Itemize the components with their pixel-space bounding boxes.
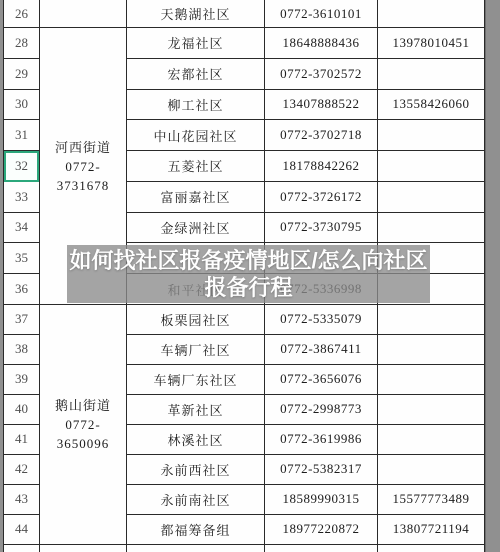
phone-primary-cell[interactable]: 0772-3702718 [265, 120, 377, 151]
phone-primary-cell[interactable]: 13407888522 [265, 90, 377, 121]
row-number-cell[interactable]: 33 [4, 182, 39, 213]
street-name: 鹅山街道 [55, 396, 111, 415]
row-number-cell[interactable]: 41 [4, 425, 39, 455]
phone-secondary-cell[interactable] [378, 305, 484, 335]
phone-primary-cell[interactable]: 0772-3702572 [265, 59, 377, 90]
phone-secondary-cell[interactable]: 13978010451 [378, 28, 484, 59]
phone-primary-cell[interactable]: 0772-5335079 [265, 305, 377, 335]
community-cell[interactable]: 革新社区 [127, 395, 264, 425]
phone-primary-cell[interactable]: 0772-3619986 [265, 425, 377, 455]
phone-secondary-cell[interactable] [378, 425, 484, 455]
row-number-cell[interactable]: 38 [4, 335, 39, 365]
partial-row-cell [265, 545, 377, 552]
community-cell[interactable]: 柳工社区 [127, 90, 264, 121]
phone-primary-cell[interactable]: 0772-3610101 [265, 0, 377, 28]
row-number-cell[interactable]: 34 [4, 213, 39, 244]
community-cell[interactable]: 林溪社区 [127, 425, 264, 455]
phone-secondary-cell[interactable] [378, 59, 484, 90]
community-cell[interactable]: 龙福社区 [127, 28, 264, 59]
phone-primary-cell[interactable]: 0772-3726172 [265, 182, 377, 213]
row-number-cell[interactable]: 30 [4, 90, 39, 121]
phone-primary-cell[interactable]: 18589990315 [265, 485, 377, 515]
street-phone: 0772-3650096 [40, 415, 126, 453]
community-cell[interactable]: 金绿洲社区 [127, 213, 264, 244]
phone-secondary-cell[interactable] [378, 213, 484, 244]
row-number-cell[interactable]: 35 [4, 243, 39, 274]
row-number-cell[interactable]: 37 [4, 305, 39, 335]
community-cell[interactable]: 永前南社区 [127, 485, 264, 515]
phone-secondary-cell[interactable]: 15577773489 [378, 485, 484, 515]
phone-secondary-cell[interactable] [378, 182, 484, 213]
row-number-cell[interactable]: 31 [4, 120, 39, 151]
row-number-cell[interactable]: 42 [4, 455, 39, 485]
phone-secondary-cell[interactable] [378, 395, 484, 425]
street-phone: 0772-3731678 [40, 157, 126, 195]
phone-secondary-cell[interactable] [378, 120, 484, 151]
row-number-cell[interactable]: 40 [4, 395, 39, 425]
community-cell[interactable]: 宏都社区 [127, 59, 264, 90]
row-number-cell[interactable]: 44 [4, 515, 39, 545]
watermark-title: 如何找社区报备疫情地区/怎么向社区报备行程 [67, 247, 430, 301]
row-number-cell[interactable]: 26 [4, 0, 39, 28]
row-number-cell[interactable]: 43 [4, 485, 39, 515]
community-cell[interactable]: 都福筹备组 [127, 515, 264, 545]
community-cell[interactable]: 五菱社区 [127, 151, 264, 182]
community-cell[interactable]: 车辆厂社区 [127, 335, 264, 365]
phone-primary-cell[interactable]: 0772-3656076 [265, 365, 377, 395]
phone-secondary-cell[interactable] [378, 455, 484, 485]
phone-secondary-cell[interactable]: 13807721194 [378, 515, 484, 545]
row-number-cell[interactable]: 32 [4, 151, 39, 182]
phone-secondary-cell[interactable] [378, 365, 484, 395]
partial-row-cell [127, 545, 264, 552]
street-name: 河西街道 [55, 138, 111, 157]
partial-row-cell [4, 545, 39, 552]
street-group-cell[interactable]: 鹅山街道0772-3650096 [40, 305, 126, 545]
right-window-edge [485, 0, 500, 552]
phone-primary-cell[interactable]: 18178842262 [265, 151, 377, 182]
phone-secondary-cell[interactable]: 13558426060 [378, 90, 484, 121]
row-number-column: 262829303132333435363738394041424344 [3, 0, 40, 552]
community-cell[interactable]: 永前西社区 [127, 455, 264, 485]
community-cell[interactable]: 中山花园社区 [127, 120, 264, 151]
phone-primary-cell[interactable]: 18977220872 [265, 515, 377, 545]
partial-row-cell [40, 545, 126, 552]
partial-row-cell [378, 545, 484, 552]
phone-primary-cell[interactable]: 0772-5382317 [265, 455, 377, 485]
community-cell[interactable]: 板栗园社区 [127, 305, 264, 335]
phone-secondary-cell[interactable] [378, 151, 484, 182]
row-number-cell[interactable]: 39 [4, 365, 39, 395]
phone-secondary-cell[interactable] [378, 0, 484, 28]
community-cell[interactable]: 富丽嘉社区 [127, 182, 264, 213]
community-cell[interactable]: 车辆厂东社区 [127, 365, 264, 395]
row-number-cell[interactable]: 36 [4, 274, 39, 305]
street-group-cell[interactable] [40, 0, 126, 28]
community-cell[interactable]: 天鹅湖社区 [127, 0, 264, 28]
watermark-overlay: 如何找社区报备疫情地区/怎么向社区报备行程 [67, 245, 430, 303]
phone-primary-cell[interactable]: 18648888436 [265, 28, 377, 59]
phone-primary-cell[interactable]: 0772-3730795 [265, 213, 377, 244]
row-number-cell[interactable]: 29 [4, 59, 39, 90]
phone-primary-cell[interactable]: 0772-2998773 [265, 395, 377, 425]
phone-secondary-cell[interactable] [378, 335, 484, 365]
phone-primary-cell[interactable]: 0772-3867411 [265, 335, 377, 365]
row-number-cell[interactable]: 28 [4, 28, 39, 59]
